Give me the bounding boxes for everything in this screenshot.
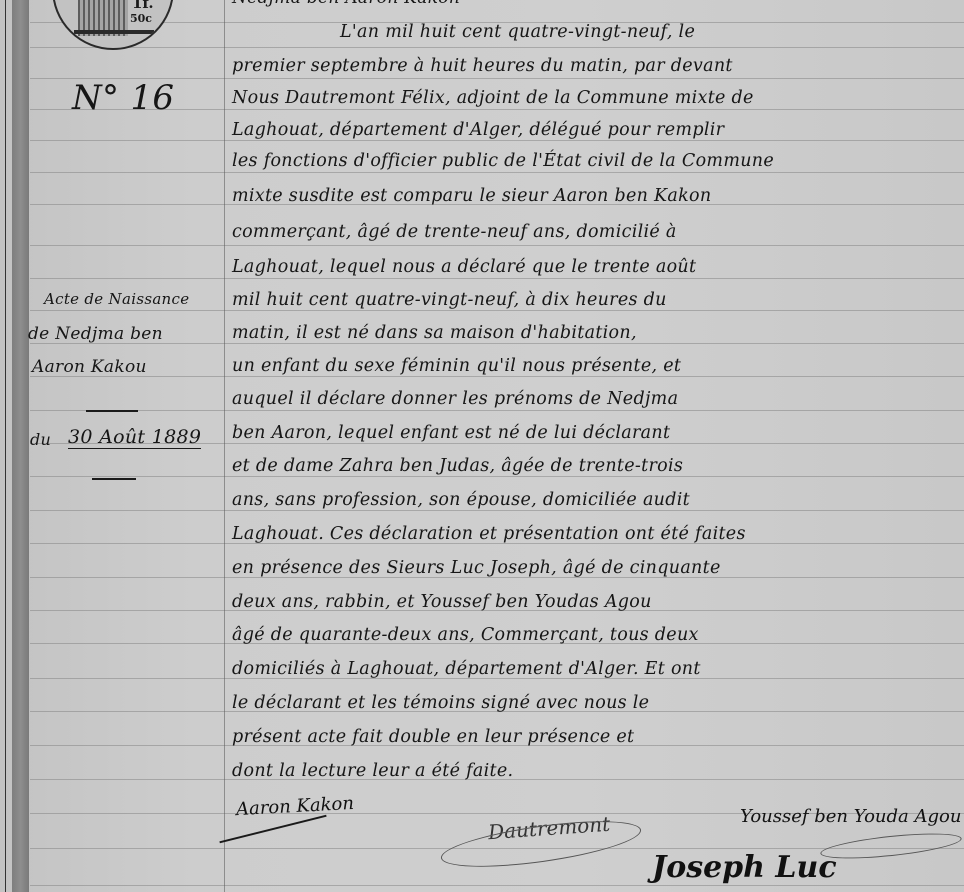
body-line: Nous Dautremont Félix, adjoint de la Com… (232, 88, 754, 108)
body-line: domiciliés à Laghouat, département d'Alg… (232, 659, 701, 679)
ruled-line (30, 310, 964, 311)
ruled-line (30, 47, 964, 48)
ruled-line (30, 885, 964, 886)
ruled-line (30, 510, 964, 511)
ruled-line (30, 278, 964, 279)
ruled-line (30, 410, 964, 411)
ruled-line (30, 172, 964, 173)
register-page: 1f. 50c Nedjma ben Aaron Kakon N° 16 Act… (0, 0, 964, 892)
body-line: premier septembre à huit heures du matin… (232, 56, 733, 76)
margin-father-name: Aaron Kakou (32, 357, 147, 377)
margin-date: 30 Août 1889 (68, 426, 201, 449)
page-edge-line (5, 0, 6, 892)
body-line: et de dame Zahra ben Judas, âgée de tren… (232, 456, 683, 476)
margin-title: Acte de Naissance (44, 290, 189, 308)
ruled-line (30, 245, 964, 246)
stamp-value: 1f. (132, 0, 154, 10)
body-line: ans, sans profession, son épouse, domici… (232, 490, 690, 510)
body-line: mil huit cent quatre-vingt-neuf, à dix h… (232, 290, 667, 310)
body-line: L'an mil huit cent quatre-vingt-neuf, le (340, 22, 695, 42)
signature-stroke (219, 815, 326, 844)
ruled-line (30, 343, 964, 344)
body-line: auquel il déclare donner les prénoms de … (232, 389, 678, 409)
fiscal-stamp: 1f. 50c (52, 0, 174, 50)
stamp-base (74, 30, 154, 34)
body-line: en présence des Sieurs Luc Joseph, âgé d… (232, 558, 721, 578)
body-line: Laghouat, département d'Alger, délégué p… (232, 120, 724, 140)
signature-flourish (819, 829, 962, 864)
signature-witness-1: Youssef ben Youda Agou (740, 806, 961, 827)
signature-witness-2: Joseph Luc (652, 850, 837, 885)
body-line: ben Aaron, lequel enfant est né de lui d… (232, 423, 670, 443)
body-line: les fonctions d'officier public de l'Éta… (232, 151, 774, 171)
margin-date-prefix: du (30, 430, 51, 449)
ruled-line (30, 476, 964, 477)
ruled-line (30, 140, 964, 141)
binding-gutter (12, 0, 29, 892)
body-line: un enfant du sexe féminin qu'il nous pré… (232, 356, 681, 376)
body-line: matin, il est né dans sa maison d'habita… (232, 323, 637, 343)
body-line: commerçant, âgé de trente-neuf ans, domi… (232, 222, 677, 242)
stamp-subvalue: 50c (130, 12, 152, 25)
body-line: le déclarant et les témoins signé avec n… (232, 693, 649, 713)
margin-dash (86, 410, 138, 412)
body-line: âgé de quarante-deux ans, Commerçant, to… (232, 625, 699, 645)
body-line: deux ans, rabbin, et Youssef ben Youdas … (232, 592, 652, 612)
margin-child-name: de Nedjma ben (28, 324, 163, 344)
body-line: dont la lecture leur a été faite. (232, 761, 513, 781)
header-partial: Nedjma ben Aaron Kakon (232, 0, 460, 8)
margin-dash (92, 478, 136, 480)
signature-declarant: Aaron Kakon (236, 793, 355, 820)
acte-number: N° 16 (72, 78, 174, 118)
ruled-line (30, 376, 964, 377)
margin-divider (224, 0, 225, 892)
body-line: présent acte fait double en leur présenc… (232, 727, 634, 747)
body-line: mixte susdite est comparu le sieur Aaron… (232, 186, 711, 206)
body-line: Laghouat, lequel nous a déclaré que le t… (232, 257, 696, 277)
body-line: Laghouat. Ces déclaration et présentatio… (232, 524, 746, 544)
